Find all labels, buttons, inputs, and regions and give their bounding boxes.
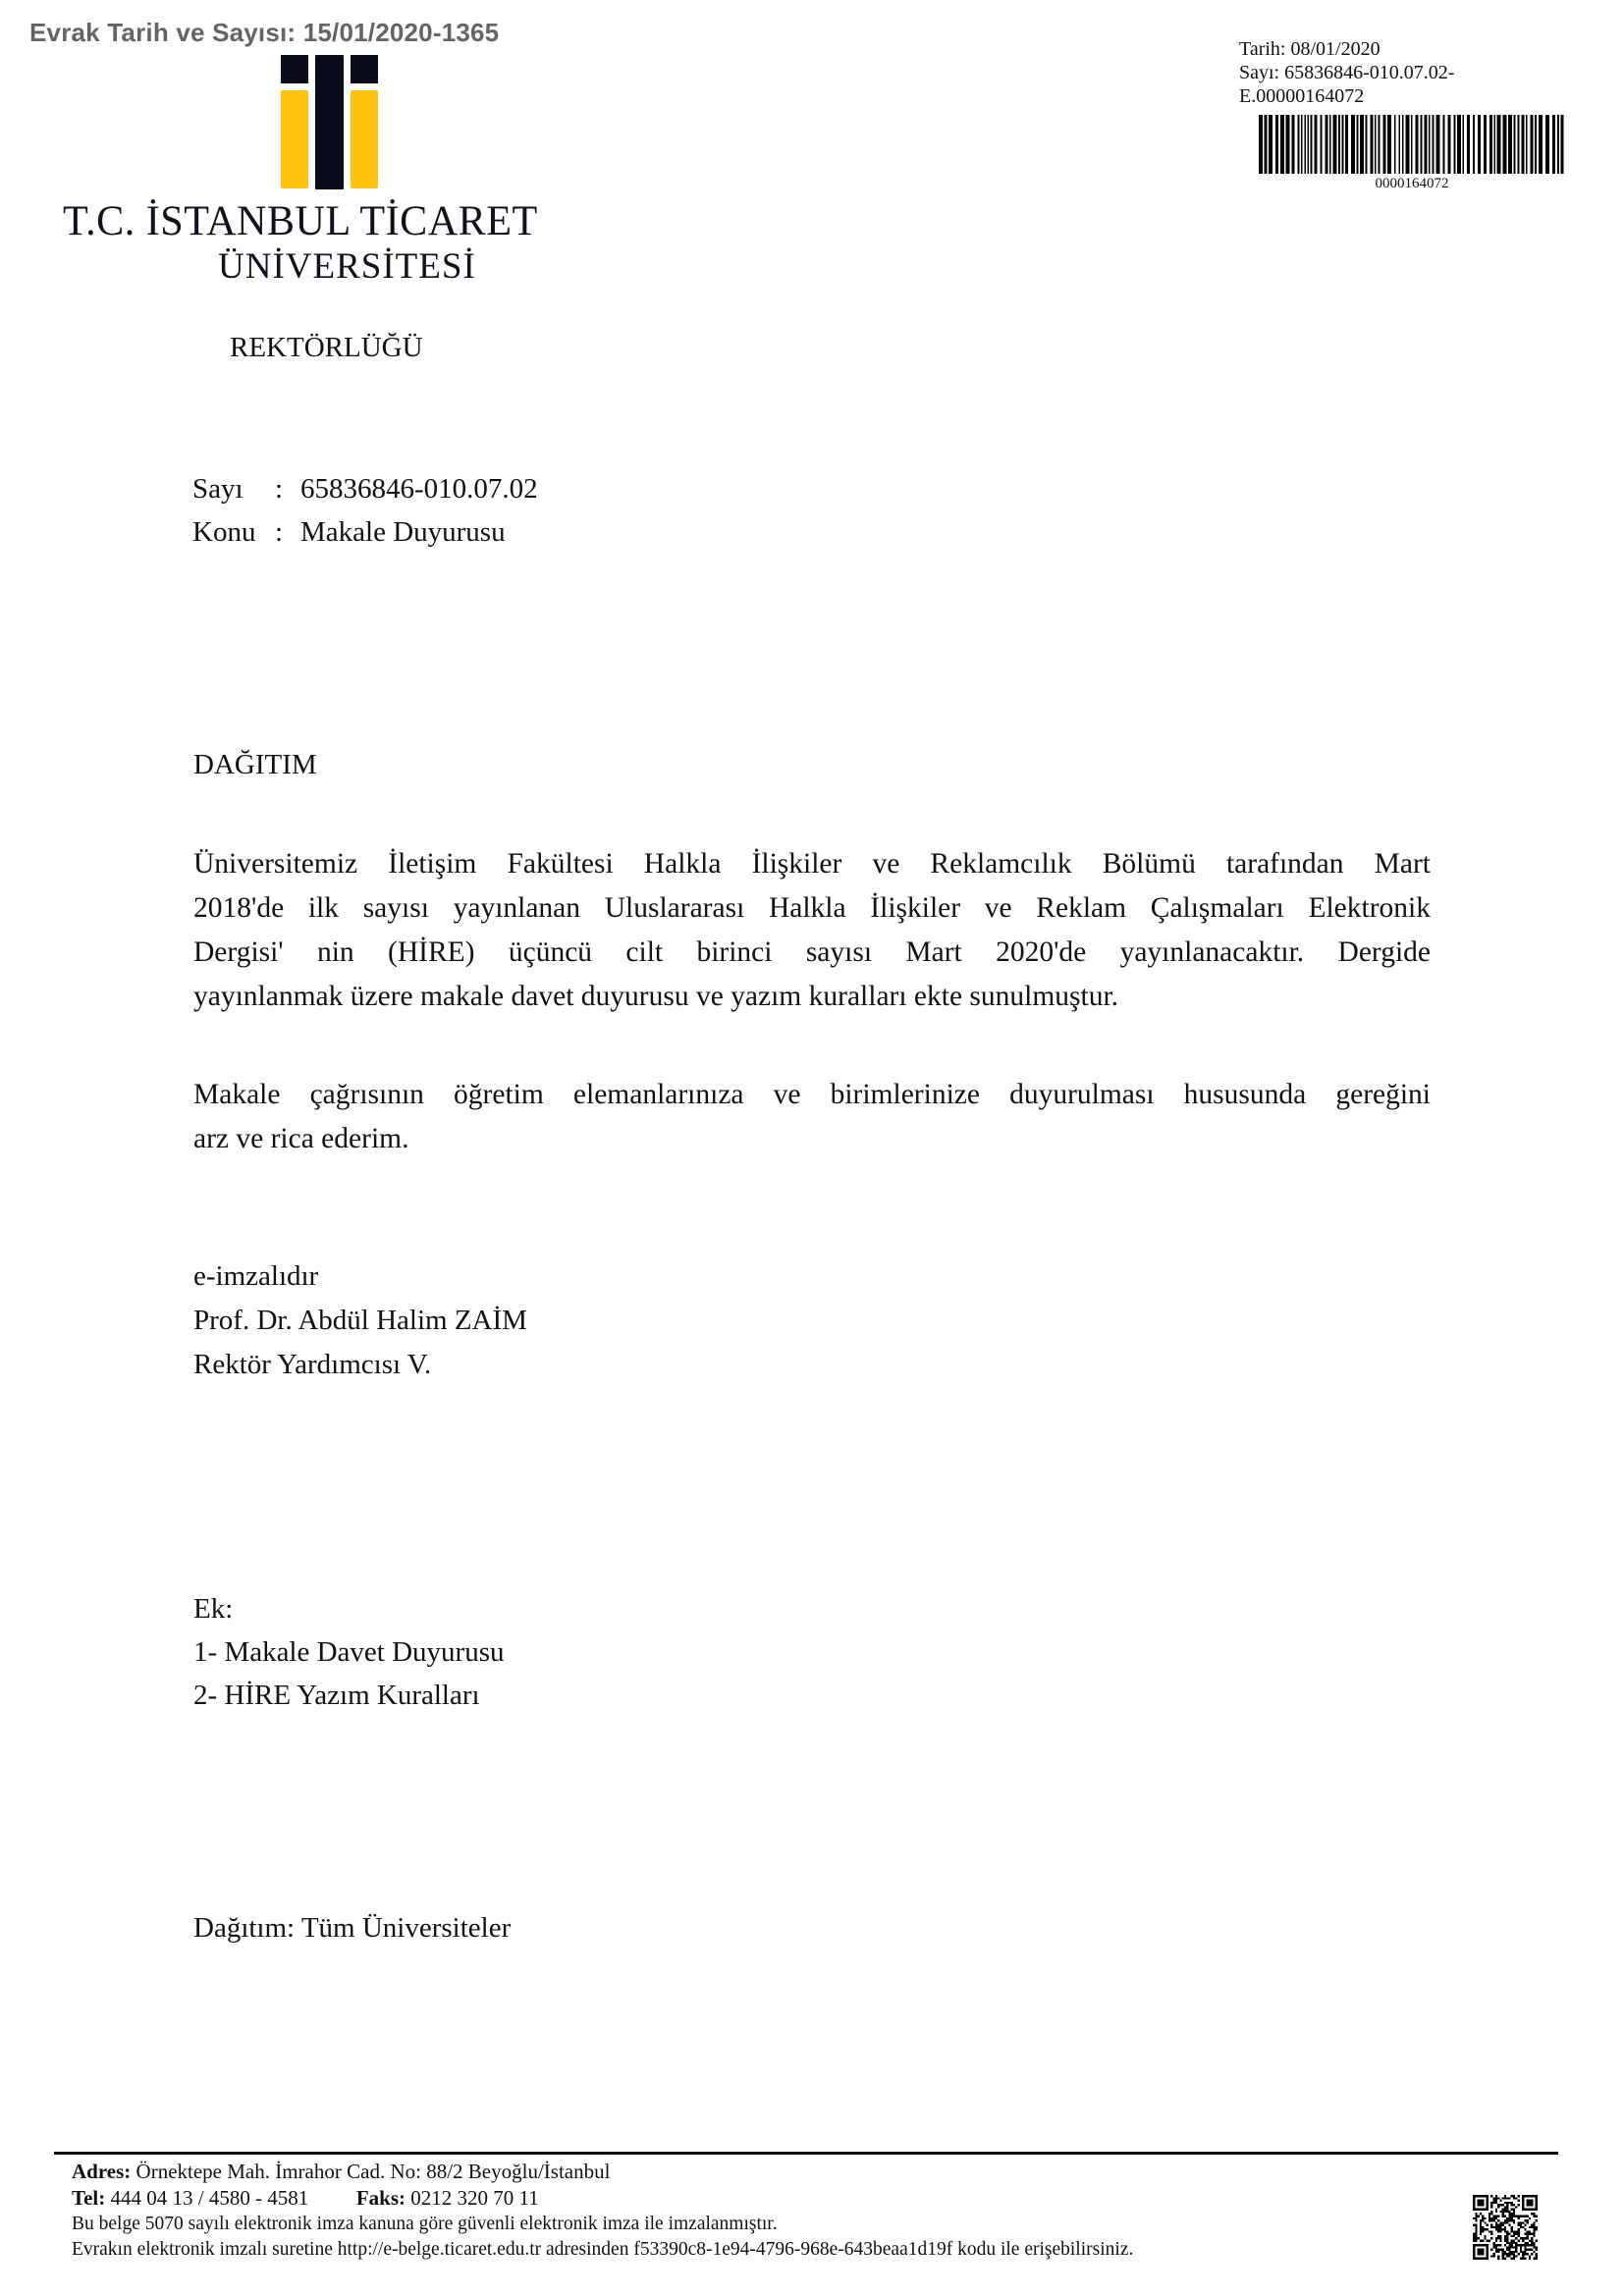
- annex-label: Ek:: [193, 1587, 505, 1630]
- paragraph-line: Dergisi' nin (HİRE) üçüncü cilt birinci …: [193, 931, 1431, 975]
- paragraph-line: Üniversitemiz İletişim Fakültesi Halkla …: [193, 842, 1431, 886]
- annex-item: 1- Makale Davet Duyurusu: [193, 1630, 505, 1674]
- document-metadata: Tarih: 08/01/2020 Sayı: 65836846-010.07.…: [1239, 37, 1454, 108]
- barcode-number: 0000164072: [1259, 176, 1565, 192]
- signatory-name: Prof. Dr. Abdül Halim ZAİM: [193, 1299, 527, 1343]
- footer-address: Örnektepe Mah. İmrahor Cad. No: 88/2 Bey…: [136, 2160, 611, 2183]
- metadata-number-line-1: Sayı: 65836846-010.07.02-: [1239, 61, 1454, 84]
- addressee-heading: DAĞITIM: [193, 749, 317, 781]
- footer-address-label: Adres:: [72, 2160, 131, 2183]
- footer-tel: 444 04 13 / 4580 - 4581: [110, 2186, 308, 2210]
- paragraph-line: Makale çağrısının öğretim elemanlarınıza…: [193, 1073, 1431, 1117]
- metadata-date: Tarih: 08/01/2020: [1239, 37, 1454, 61]
- distribution-list: Dağıtım: Tüm Üniversiteler: [193, 1912, 511, 1945]
- footer-esign-notice: Bu belge 5070 sayılı elektronik imza kan…: [72, 2212, 1133, 2237]
- reference-separator: :: [275, 510, 300, 554]
- qr-code-icon[interactable]: [1473, 2195, 1538, 2260]
- signature-block: e-imzalıdır Prof. Dr. Abdül Halim ZAİM R…: [193, 1255, 527, 1387]
- metadata-number-line-2: E.00000164072: [1239, 84, 1454, 108]
- body-paragraph-2: Makale çağrısının öğretim elemanlarınıza…: [193, 1073, 1431, 1161]
- barcode-icon: [1259, 115, 1565, 174]
- reference-subject-label: Konu: [192, 510, 275, 554]
- issuing-unit: REKTÖRLÜĞÜ: [230, 332, 423, 364]
- logo-left-dark-square: [281, 55, 308, 83]
- reference-subject-value: Makale Duyurusu: [300, 510, 506, 554]
- footer-address-row: Adres: Örnektepe Mah. İmrahor Cad. No: 8…: [72, 2159, 1133, 2185]
- university-name: T.C. İSTANBUL TİCARET: [63, 197, 538, 245]
- logo-right-dark-square: [351, 55, 378, 83]
- footer: Adres: Örnektepe Mah. İmrahor Cad. No: 8…: [72, 2159, 1133, 2263]
- university-logo-icon: [281, 55, 379, 189]
- footer-contact-row: Tel: 444 04 13 / 4580 - 4581 Faks: 0212 …: [72, 2185, 1133, 2212]
- annex-item: 2- HİRE Yazım Kuralları: [193, 1674, 505, 1717]
- paragraph-line: yayınlanmak üzere makale davet duyurusu …: [193, 975, 1431, 1019]
- logo-left-yellow-bar: [281, 90, 308, 188]
- signatory-title: Rektör Yardımcısı V.: [193, 1343, 527, 1387]
- university-name-subtitle: ÜNİVERSİTESİ: [218, 245, 476, 288]
- reference-separator: :: [275, 467, 300, 510]
- document-date-number-stamp: Evrak Tarih ve Sayısı: 15/01/2020-1365: [29, 18, 499, 48]
- footer-divider: [54, 2152, 1558, 2155]
- signature-status: e-imzalıdır: [193, 1255, 527, 1299]
- reference-number-row: Sayı : 65836846-010.07.02: [192, 467, 538, 510]
- body-paragraph-1: Üniversitemiz İletişim Fakültesi Halkla …: [193, 842, 1431, 1019]
- logo-center-dark-bar: [315, 55, 344, 189]
- paragraph-line: arz ve rica ederim.: [193, 1117, 1431, 1161]
- footer-tel-label: Tel:: [72, 2186, 105, 2210]
- logo-right-yellow-bar: [351, 90, 378, 188]
- reference-block: Sayı : 65836846-010.07.02 Konu : Makale …: [192, 467, 538, 554]
- footer-verify-notice: Evrakın elektronik imzalı suretine http:…: [72, 2237, 1133, 2263]
- annex-list: Ek: 1- Makale Davet Duyurusu 2- HİRE Yaz…: [193, 1587, 505, 1717]
- footer-fax-label: Faks:: [356, 2186, 406, 2210]
- reference-number-label: Sayı: [192, 467, 275, 510]
- reference-subject-row: Konu : Makale Duyurusu: [192, 510, 538, 554]
- reference-number-value: 65836846-010.07.02: [300, 467, 538, 510]
- footer-fax: 0212 320 70 11: [410, 2186, 538, 2210]
- paragraph-line: 2018'de ilk sayısı yayınlanan Uluslarara…: [193, 886, 1431, 931]
